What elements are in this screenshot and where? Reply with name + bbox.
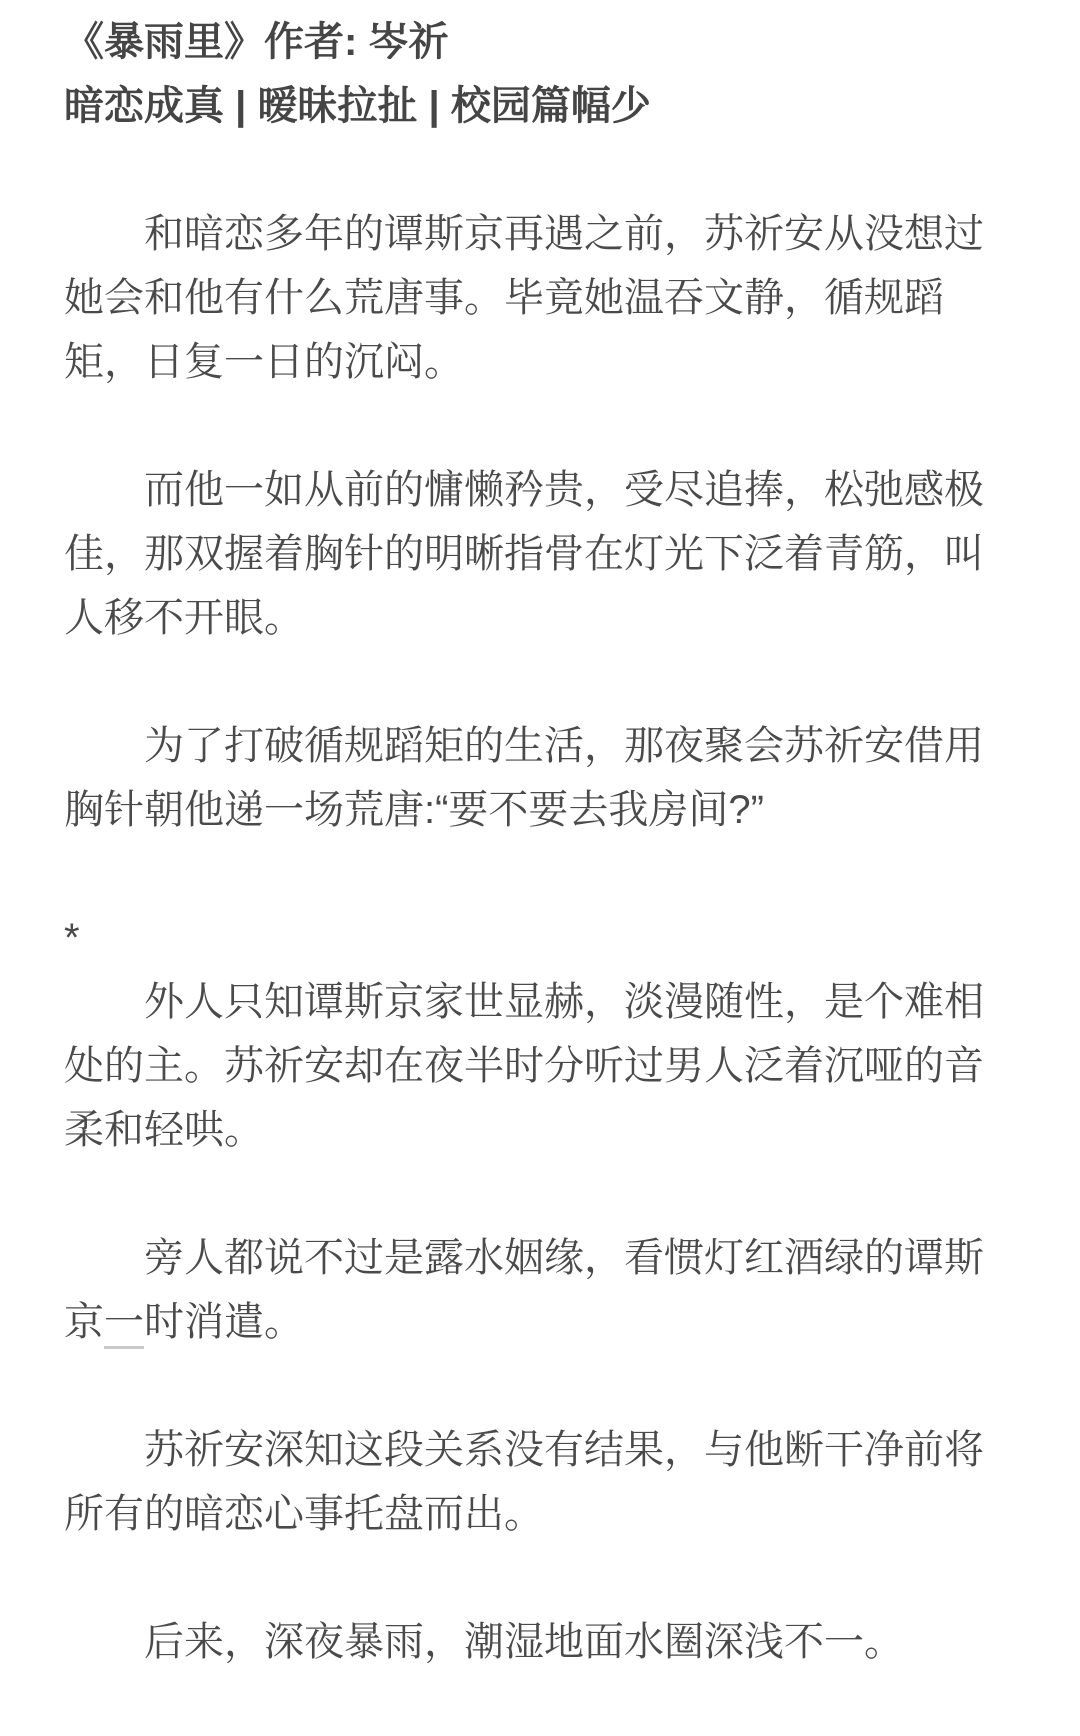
paragraph-5: 旁人都说不过是露水姻缘，看惯灯红酒绿的谭斯京一时消遣。: [64, 1226, 1004, 1354]
paragraph-5-text-after: 时消遣。: [144, 1300, 304, 1344]
header-block: 《暴雨里》作者: 岑祈 暗恋成真 | 暧昧拉扯 | 校园篇幅少: [64, 10, 1004, 138]
paragraph-6: 苏祈安深知这段关系没有结果，与他断干净前将所有的暗恋心事托盘而出。: [64, 1418, 1004, 1546]
novel-intro-page: 《暴雨里》作者: 岑祈 暗恋成真 | 暧昧拉扯 | 校园篇幅少 和暗恋多年的谭斯…: [0, 0, 1080, 1694]
section-divider-star: *: [64, 906, 1004, 970]
underlined-char: 一: [104, 1300, 144, 1349]
paragraph-3: 为了打破循规蹈矩的生活，那夜聚会苏祈安借用胸针朝他递一场荒唐:“要不要去我房间?…: [64, 714, 1004, 842]
page-title: 《暴雨里》作者: 岑祈: [64, 10, 1004, 74]
paragraph-1: 和暗恋多年的谭斯京再遇之前，苏祈安从没想过她会和他有什么荒唐事。毕竟她温吞文静，…: [64, 202, 1004, 394]
paragraph-4: 外人只知谭斯京家世显赫，淡漫随性，是个难相处的主。苏祈安却在夜半时分听过男人泛着…: [64, 970, 1004, 1162]
tags-line: 暗恋成真 | 暧昧拉扯 | 校园篇幅少: [64, 74, 1004, 138]
paragraph-7: 后来，深夜暴雨，潮湿地面水圈深浅不一。: [64, 1610, 1004, 1674]
divider-section: * 外人只知谭斯京家世显赫，淡漫随性，是个难相处的主。苏祈安却在夜半时分听过男人…: [64, 906, 1004, 1162]
paragraph-2: 而他一如从前的慵懒矜贵，受尽追捧，松弛感极佳，那双握着胸针的明晰指骨在灯光下泛着…: [64, 458, 1004, 650]
